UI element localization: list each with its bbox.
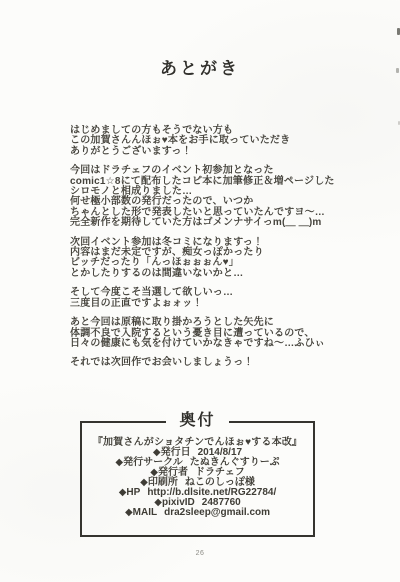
colophon-heading-text: 奥付	[166, 412, 228, 430]
text-line: ありがとうございますっ！	[70, 147, 370, 157]
paragraph: それでは次回作でお会いしましょうっ！	[70, 358, 370, 368]
text-line: あと今回は原稿に取り掛かろうとした矢先に	[70, 318, 370, 328]
entry-value-email: dra2sleep@gmail.com	[164, 507, 270, 518]
paragraph: 今回はドラチェフのイベント初参加となった comic1☆8にて配布したコピ本に加…	[70, 166, 370, 228]
entry-label: ◆HP	[119, 487, 141, 498]
text-line: 日々の健康にも気を付けていかなきゃですね～…ふひぃ	[70, 339, 370, 349]
afterword-body: はじめましての方もそうでない方も この加賀さんんほぉ♥本をお手に取っていただき …	[70, 126, 370, 378]
page-number: 26	[0, 550, 400, 557]
paragraph: 次回イベント参加は冬コミになりますっ！ 内容はまだ未定ですが、痴女っぽかったり …	[70, 238, 370, 280]
scanned-afterword-page: あとがき はじめましての方もそうでない方も この加賀さんんほぉ♥本をお手に取って…	[0, 0, 400, 582]
text-line: それでは次回作でお会いしましょうっ！	[70, 358, 370, 368]
text-line: 三度目の正直ですよぉォッ！	[70, 299, 370, 309]
colophon-content: 『加賀さんがショタチンでんほぉ♥する本改』 ◆発行日2014/8/17 ◆発行サ…	[80, 438, 315, 518]
colophon-entry-mail: ◆MAILdra2sleep@gmail.com	[80, 508, 315, 518]
paragraph: そして今度こそ当選して欲しいっ… 三度目の正直ですよぉォッ！	[70, 288, 370, 309]
page-title: あとがき	[0, 54, 400, 79]
paragraph: はじめましての方もそうでない方も この加賀さんんほぉ♥本をお手に取っていただき …	[70, 126, 370, 157]
colophon-entry-hp: ◆HPhttp://b.dlsite.net/RG22784/	[80, 488, 315, 498]
scan-artifact	[396, 68, 399, 73]
entry-label: ◆MAIL	[125, 507, 157, 518]
text-line: とかしたりするのは間違いないかと…	[70, 269, 370, 279]
text-line: 完全新作を期待していた方はゴメンナサイっm(＿ ＿)m	[70, 218, 370, 228]
colophon-heading: 奥付	[80, 412, 315, 430]
paragraph: あと今回は原稿に取り掛かろうとした矢先に 体調不良で入院するという憂き目に遭って…	[70, 318, 370, 349]
